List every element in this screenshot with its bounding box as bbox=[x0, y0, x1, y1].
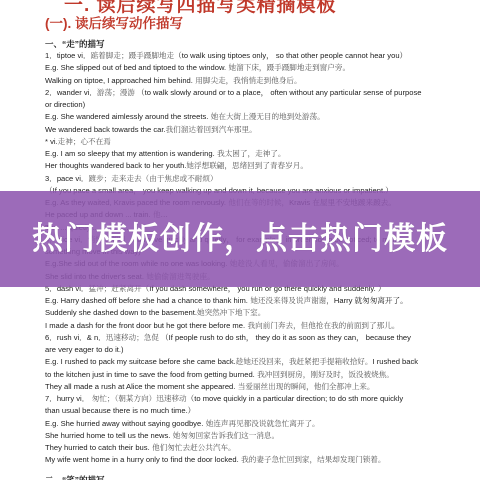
document-line: 6．rush vi．& n．迅速移动；急促 （If people rush to… bbox=[45, 332, 445, 344]
line-english: 3．pace vi． bbox=[45, 174, 88, 183]
line-english: E.g. She slipped out of bed and tiptoed … bbox=[45, 63, 226, 72]
line-chinese: 匆忙；（朝某方向）迅速移动 bbox=[89, 394, 186, 403]
line-chinese: 她浮想联翩，思绪回到了青春岁月。 bbox=[186, 161, 308, 170]
line-chinese: 踱步；走来走去（由于焦虑或不耐烦） bbox=[88, 174, 217, 183]
line-chinese: 我冲回到厨房，刚好及时，饭没被烧焦。 bbox=[255, 370, 394, 379]
line-english-continued: （to move quickly in a particular directi… bbox=[187, 394, 404, 403]
line-english-continued: （If people rush to do sth， they do it as… bbox=[159, 333, 411, 342]
line-chinese: 用脚尖走，我悄悄走到他身后。 bbox=[193, 76, 302, 85]
document-line: * vi.走神；心不在焉 bbox=[45, 136, 445, 148]
document-line: Suddenly she dashed down to the basement… bbox=[45, 307, 445, 319]
line-english: * vi. bbox=[45, 137, 58, 146]
section-heading: 一、“走”的描写 bbox=[45, 38, 105, 50]
line-chinese: 她连声再见都没说就急忙离开了。 bbox=[203, 419, 319, 428]
line-english: Suddenly she dashed down to the basement… bbox=[45, 308, 197, 317]
next-section-heading: 二、“笑”的描写 bbox=[45, 474, 105, 480]
line-chinese: 当爱丽丝出现的瞬间，他们全都冲上来。 bbox=[235, 382, 374, 391]
line-chinese: 她还没来得及说声谢谢， bbox=[248, 296, 334, 305]
document-line: They all made a rush at Alice the moment… bbox=[45, 381, 445, 393]
document-line: 3．pace vi．踱步；走来走去（由于焦虑或不耐烦） bbox=[45, 173, 445, 185]
line-english: Her thoughts wandered back to her youth. bbox=[45, 161, 186, 170]
line-english: Walking on tiptoe, I approached him behi… bbox=[45, 76, 193, 85]
document-line: We wandered back towards the car.我们溜达着回到… bbox=[45, 124, 445, 136]
line-english: 1．tiptoe vi． bbox=[45, 51, 91, 60]
line-chinese: 我太困了，走神了。 bbox=[215, 149, 286, 158]
line-english: E.g. I rushed to pack my suitcase before… bbox=[45, 357, 236, 366]
line-english-continued: （to walk slowly around or to a place， of… bbox=[135, 88, 422, 97]
line-chinese: 趁她还没回来，我赶紧把手提箱收拾好。 bbox=[236, 357, 373, 366]
line-english-continued: （to walk using tiptoes only， so that oth… bbox=[174, 51, 407, 60]
document-line: E.g. I rushed to pack my suitcase before… bbox=[45, 356, 445, 368]
line-chinese: 她突然冲下地下室。 bbox=[197, 308, 265, 317]
document-line: 7．hurry vi． 匆忙；（朝某方向）迅速移动（to move quickl… bbox=[45, 393, 445, 405]
line-chinese: 我向前门奔去，但他抢在我的前面到了那儿。 bbox=[245, 321, 399, 330]
line-chinese: 游荡；漫游 bbox=[97, 88, 135, 97]
line-chinese: 他们匆忙去赶公共汽车。 bbox=[150, 443, 236, 452]
line-english: My wife went home in a hurry only to fin… bbox=[45, 455, 239, 464]
line-english: E.g. Harry dashed off before she had a c… bbox=[45, 296, 248, 305]
line-english: She hurried home to tell us the news. bbox=[45, 431, 170, 440]
line-english: than usual because there is no much time… bbox=[45, 406, 195, 415]
line-english: are very eager to do it.) bbox=[45, 345, 124, 354]
line-english: to the kitchen just in time to save the … bbox=[45, 370, 255, 379]
document-line: Walking on tiptoe, I approached him behi… bbox=[45, 75, 445, 87]
line-english: E.g. I am so sleepy that my attention is… bbox=[45, 149, 215, 158]
line-chinese: 我的妻子急忙回到家，结果却发现门锁着。 bbox=[239, 455, 386, 464]
line-english-continued: I rushed back bbox=[372, 357, 418, 366]
line-chinese: 踮着脚走；蹑手蹑脚地走 bbox=[91, 51, 175, 60]
document-line: Her thoughts wandered back to her youth.… bbox=[45, 160, 445, 172]
line-chinese: 走神；心不在焉 bbox=[58, 137, 111, 146]
document-line: are very eager to do it.) bbox=[45, 344, 445, 356]
line-chinese: 她匆匆回家告诉我们这一消息。 bbox=[170, 431, 279, 440]
promo-banner[interactable]: 热门模板创作，点击热门模板 bbox=[0, 191, 480, 287]
document-line: E.g. She slipped out of bed and tiptoed … bbox=[45, 62, 445, 74]
line-english-continued: Harry 就匆匆离开了。 bbox=[334, 296, 408, 305]
line-chinese: 我们溜达着回到汽车那里。 bbox=[166, 125, 257, 134]
line-chinese: 她溜下床，蹑手蹑脚地走到窗户旁。 bbox=[226, 63, 350, 72]
banner-text[interactable]: 热门模板创作，点击热门模板 bbox=[32, 213, 448, 258]
document-line: 1．tiptoe vi．踮着脚走；蹑手蹑脚地走（to walk using ti… bbox=[45, 50, 445, 62]
document-line: E.g. I am so sleepy that my attention is… bbox=[45, 148, 445, 160]
line-chinese: 她在大街上漫无目的地到处游荡。 bbox=[208, 112, 324, 121]
line-english: E.g. She wandered aimlessly around the s… bbox=[45, 112, 208, 121]
document-line: E.g. She wandered aimlessly around the s… bbox=[45, 111, 445, 123]
document-line: to the kitchen just in time to save the … bbox=[45, 369, 445, 381]
line-english: I made a dash for the front door but he … bbox=[45, 321, 245, 330]
document-line: They hurried to catch their bus. 他们匆忙去赶公… bbox=[45, 442, 445, 454]
line-english: 2．wander vi． bbox=[45, 88, 97, 97]
line-chinese: 迅速移动；急促 bbox=[106, 333, 159, 342]
document-line: I made a dash for the front door but he … bbox=[45, 320, 445, 332]
line-english: E.g. She hurried away without saying goo… bbox=[45, 419, 203, 428]
line-english: 7．hurry vi． bbox=[45, 394, 89, 403]
line-english: 6．rush vi．& n． bbox=[45, 333, 106, 342]
document-line: My wife went home in a hurry only to fin… bbox=[45, 454, 445, 466]
document-line: than usual because there is no much time… bbox=[45, 405, 445, 417]
document-subtitle: (一). 读后续写动作描写 bbox=[45, 12, 183, 32]
line-english: or direction) bbox=[45, 100, 85, 109]
document-line: E.g. She hurried away without saying goo… bbox=[45, 418, 445, 430]
document-line: She hurried home to tell us the news. 她匆… bbox=[45, 430, 445, 442]
line-english: We wandered back towards the car. bbox=[45, 125, 166, 134]
document-line: or direction) bbox=[45, 99, 445, 111]
document-line: 2．wander vi．游荡；漫游 （to walk slowly around… bbox=[45, 87, 445, 99]
line-english: They all made a rush at Alice the moment… bbox=[45, 382, 235, 391]
line-english: They hurried to catch their bus. bbox=[45, 443, 150, 452]
document-line: E.g. Harry dashed off before she had a c… bbox=[45, 295, 445, 307]
